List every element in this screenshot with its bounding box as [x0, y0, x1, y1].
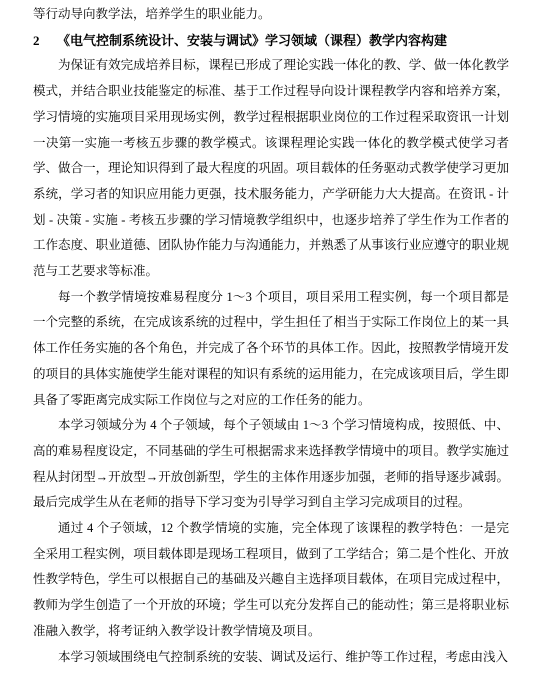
section-number: 2	[33, 28, 57, 54]
body-paragraph-2: 每一个教学情境按难易程度分 1～3 个项目，项目采用工程实例，每一个项目都是一个…	[33, 285, 509, 414]
document-page: 等行动导向教学法，培养学生的职业能力。 2《电气控制系统设计、安装与调试》学习领…	[0, 0, 549, 682]
section-title: 《电气控制系统设计、安装与调试》学习领域（课程）教学内容构建	[57, 33, 447, 48]
body-paragraph-1: 为保证有效完成培养目标，课程已形成了理论实践一体化的教、学、做一体化教学模式，并…	[33, 53, 509, 284]
section-heading: 2《电气控制系统设计、安装与调试》学习领域（课程）教学内容构建	[33, 28, 509, 54]
body-paragraph-3: 本学习领域分为 4 个子领域，每个子领域由 1～3 个学习情境构成，按照低、中、…	[33, 413, 509, 516]
body-paragraph-4: 通过 4 个子领域，12 个教学情境的实施，完全体现了该课程的教学特色：一是完全…	[33, 516, 509, 645]
body-paragraph-5: 本学习领域围绕电气控制系统的安装、调试及运行、维护等工作过程，考虑由浅入	[33, 645, 509, 671]
paragraph-continuation: 等行动导向教学法，培养学生的职业能力。	[33, 2, 509, 28]
